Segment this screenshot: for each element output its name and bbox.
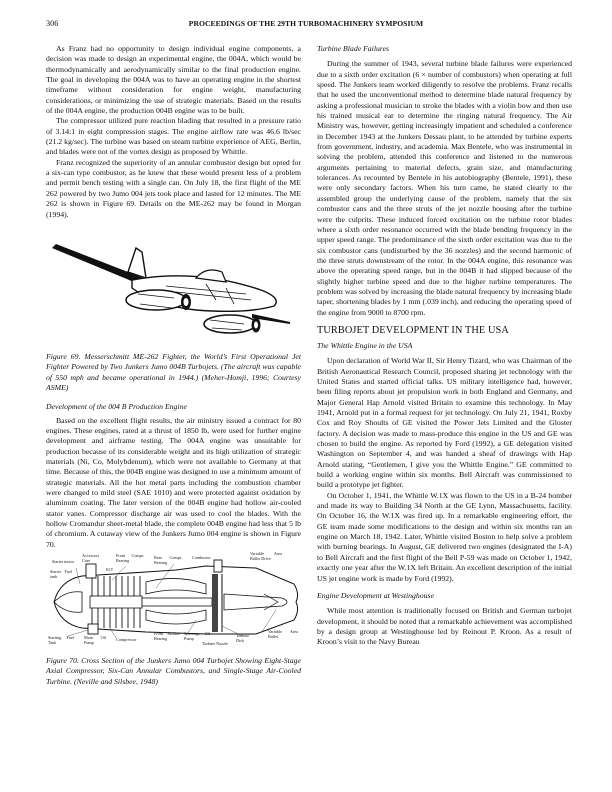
paragraph: As Franz had no opportunity to design in… (46, 44, 301, 116)
label-starter-motor: Starter motor (52, 560, 74, 565)
figure-69-caption: Figure 69. Messerschmitt ME-262 Fighter,… (46, 352, 301, 393)
label-combustor: Combustor (192, 556, 211, 561)
label-front-turbine-bearing: Front Turbine Bearing (154, 632, 180, 641)
label-scavenge-oil-pump: Scavenge Oil Pump (184, 632, 210, 641)
left-column: As Franz had no opportunity to design in… (46, 44, 301, 687)
label-main-oil-pump: Main Oil Pump (84, 636, 106, 645)
label-rear-comp-bearing: Rear Compr. Bearing (154, 556, 182, 565)
paragraph: The compressor utilized pure reaction bl… (46, 116, 301, 157)
figure-70-jumo004-cross-section: Starter motor Starter Fuel tank Accessor… (46, 554, 301, 648)
paragraph: Based on the excellent flight results, t… (46, 416, 301, 550)
me262-aircraft-icon (46, 228, 301, 348)
paragraph: On October 1, 1941, the Whittle W.1X was… (317, 491, 572, 584)
figure-70-caption: Figure 70. Cross Section of the Junkers … (46, 656, 301, 687)
page-header: 306 PROCEEDINGS OF THE 29TH TURBOMACHINE… (46, 19, 566, 31)
label-igv: IGV (106, 568, 113, 573)
paragraph: Upon declaration of World War II, Sir He… (317, 356, 572, 490)
paragraph: During the summer of 1943, several turbi… (317, 59, 572, 318)
label-compressor: Compressor (116, 638, 136, 643)
running-title: PROCEEDINGS OF THE 29TH TURBOMACHINERY S… (46, 19, 566, 28)
paragraph: Franz recognized the superiority of an a… (46, 158, 301, 220)
section-heading-turbojet-usa: TURBOJET DEVELOPMENT IN THE USA (317, 324, 572, 337)
label-turbine-disk: Turbine Disk (236, 634, 254, 643)
subheading-westinghouse: Engine Development at Westinghouse (317, 591, 572, 601)
label-variable-area-bullet-drive: Variable Area Bullet Drive (250, 552, 282, 561)
subheading-turbine-blade-failures: Turbine Blade Failures (317, 44, 572, 54)
subheading-whittle-usa: The Whittle Engine in the USA (317, 341, 572, 351)
label-turbine-nozzle: Turbine Nozzle (202, 642, 228, 647)
label-front-comp-bearing: Front Compr. Bearing (116, 554, 144, 563)
right-column: Turbine Blade Failures During the summer… (317, 44, 572, 648)
label-variable-area-bullet: Variable Area Bullet (268, 630, 298, 639)
figure-69-me262-image (46, 228, 301, 348)
label-starting-fuel-tank: Starting Fuel Tank (48, 636, 74, 645)
label-starter-fuel-tank: Starter Fuel tank (50, 570, 72, 579)
paragraph: While most attention is traditionally fo… (317, 606, 572, 647)
label-accessory-case: Accessory Case (82, 554, 104, 563)
subheading-004b: Development of the 004 B Production Engi… (46, 402, 301, 412)
